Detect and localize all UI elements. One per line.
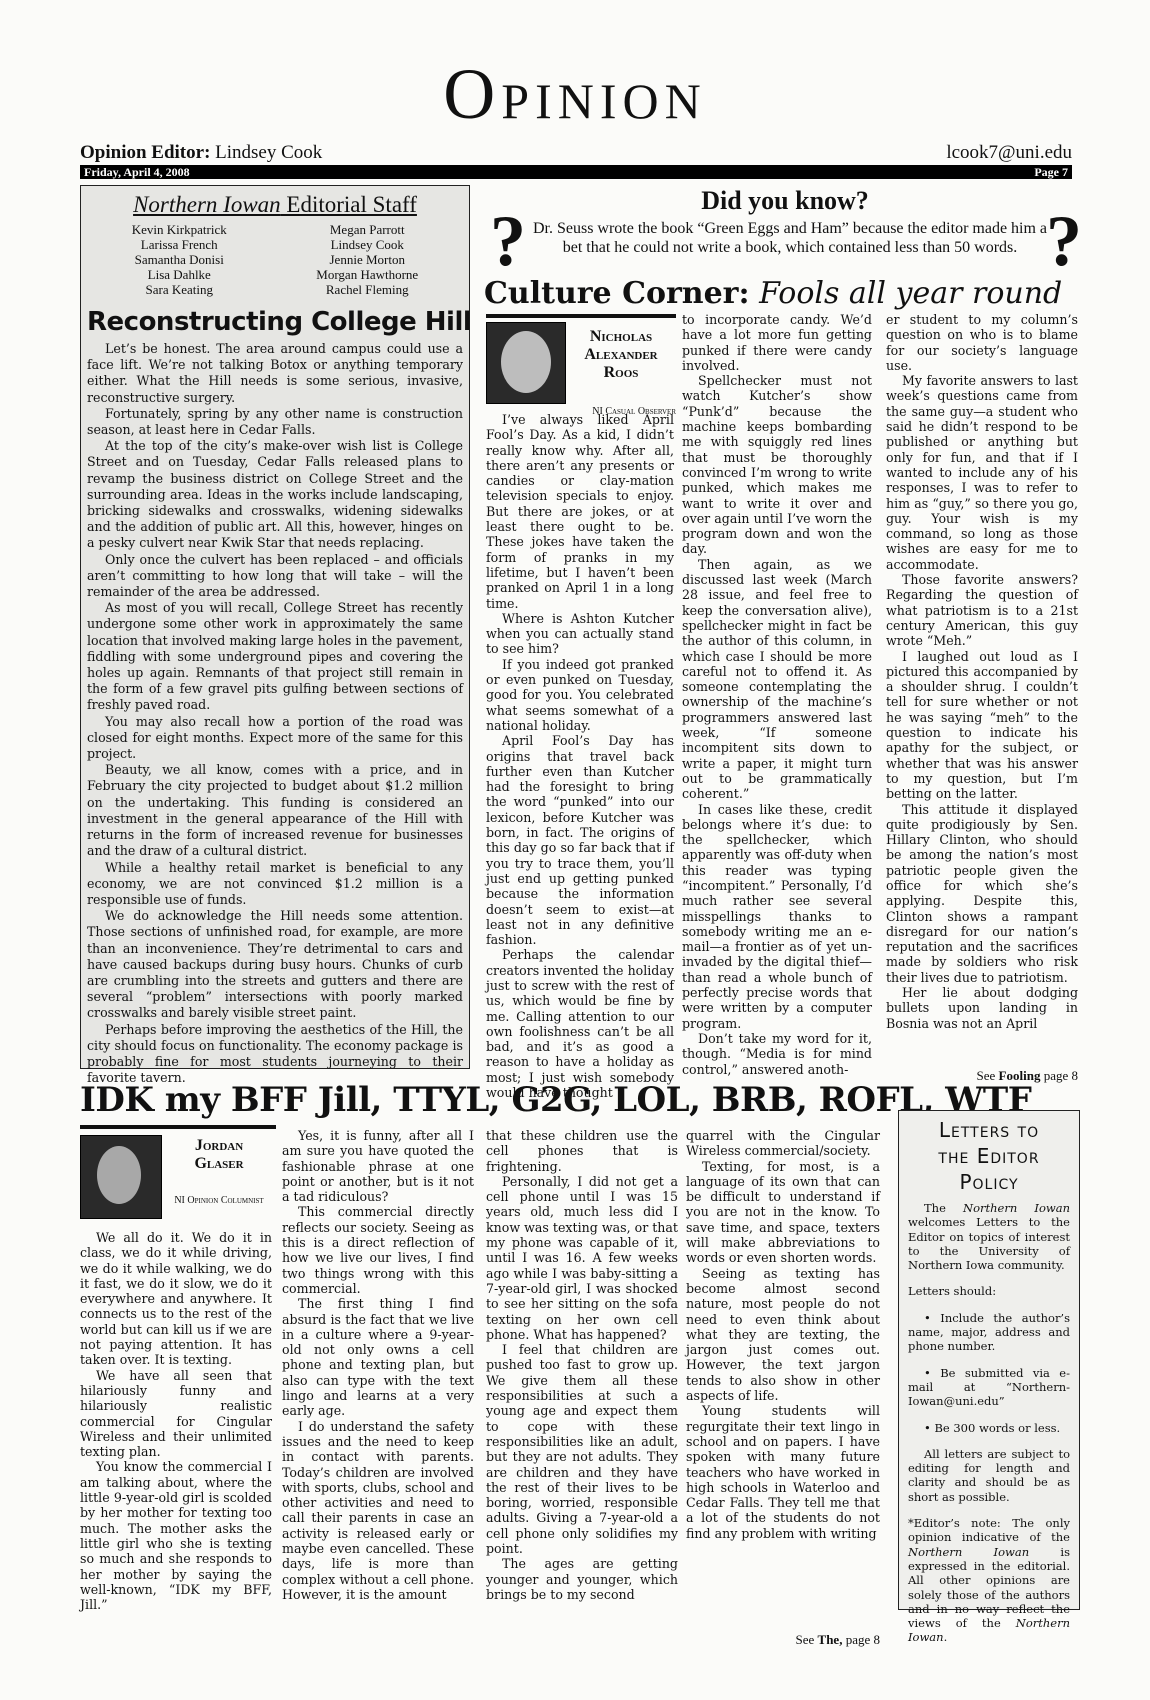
title-line: Letters to xyxy=(908,1117,1070,1143)
staff-title-rest: Editorial Staff xyxy=(281,192,417,217)
staff-member: Kevin Kirkpatrick xyxy=(132,222,227,237)
paragraph: Then again, as we discussed last week (M… xyxy=(682,557,872,802)
editorial-body: Let’s be honest. The area around campus … xyxy=(87,341,463,1086)
paragraph: Texting, for most, is a language of its … xyxy=(686,1159,880,1266)
paragraph: At the top of the city’s make-over wish … xyxy=(87,438,463,551)
letters-policy-box: Letters to the Editor Policy The Norther… xyxy=(898,1110,1080,1610)
author-name: Glaser xyxy=(162,1155,276,1173)
paragraph: In cases like these, credit belongs wher… xyxy=(682,802,872,1031)
paragraph: I do understand the safety issues and th… xyxy=(282,1419,474,1603)
culture-corner-headline: Culture Corner: Fools all year round xyxy=(484,276,1062,311)
text: *Editor’s note: The only opinion indicat… xyxy=(908,1516,1070,1544)
paragraph: You know the commercial I am talking abo… xyxy=(80,1459,272,1612)
paragraph: Young students will regurgitate their te… xyxy=(686,1403,880,1541)
text: . xyxy=(944,1630,948,1644)
idk-column-3: that these children use the cell phones … xyxy=(486,1128,678,1602)
staff-title-paper: Northern Iowan xyxy=(133,192,281,217)
editorial-box: Northern Iowan Editorial Staff Kevin Kir… xyxy=(80,185,470,1069)
paragraph: We do acknowledge the Hill needs some at… xyxy=(87,908,463,1021)
staff-column-right: Megan Parrott Lindsey Cook Jennie Morton… xyxy=(316,222,418,297)
paragraph: This attitude it displayed quite prodigi… xyxy=(886,802,1078,986)
paragraph: Spellchecker must not watch Kutcher’s sh… xyxy=(682,373,872,557)
paragraph: You may also recall how a portion of the… xyxy=(87,714,463,763)
bullet-text: Be submitted via e-mail at “Northern-Iow… xyxy=(908,1366,1070,1409)
letters-policy-body: The Northern Iowan welcomes Letters to t… xyxy=(908,1201,1070,1645)
author-photo xyxy=(80,1135,162,1219)
editor-credit: Opinion Editor: Lindsey Cook xyxy=(80,142,322,164)
jump-suffix: page 8 xyxy=(1040,1068,1078,1083)
editors-note: *Editor’s note: The only opinion indicat… xyxy=(908,1516,1070,1645)
staff-member: Megan Parrott xyxy=(316,222,418,237)
should-label: Letters should: xyxy=(908,1284,1070,1298)
paper-name: Northern Iowan xyxy=(963,1201,1070,1215)
paragraph: that these children use the cell phones … xyxy=(486,1128,678,1174)
text: The xyxy=(924,1201,963,1215)
issue-date: Friday, April 4, 2008 xyxy=(84,165,190,179)
jump-prefix: See xyxy=(796,1632,818,1647)
paragraph: Only once the culvert has been replaced … xyxy=(87,552,463,601)
idk-column-4: quarrel with the Cingular Wireless comme… xyxy=(686,1128,880,1541)
editor-name: Lindsey Cook xyxy=(215,142,322,163)
paragraph: I laughed out loud as I pictured this ac… xyxy=(886,649,1078,802)
staff-column-left: Kevin Kirkpatrick Larissa French Samanth… xyxy=(132,222,227,297)
bullet-text: Be 300 words or less. xyxy=(934,1421,1060,1435)
bullet: • Include the author’s name, major, addr… xyxy=(908,1311,1070,1354)
byline-rule xyxy=(80,1125,276,1129)
jump-line-the[interactable]: See The, page 8 xyxy=(686,1632,880,1648)
staff-member: Lisa Dahlke xyxy=(132,267,227,282)
jump-suffix: page 8 xyxy=(842,1632,880,1647)
staff-member: Larissa French xyxy=(132,237,227,252)
section-title: Opinion xyxy=(0,58,1150,130)
bullet: • Be submitted via e-mail at “Northern-I… xyxy=(908,1366,1070,1409)
paragraph: er student to my column’s question on wh… xyxy=(886,312,1078,373)
author-name: Jordan xyxy=(162,1137,276,1155)
headline-kicker: Culture Corner: xyxy=(484,276,750,311)
paragraph: Perhaps before improving the aesthetics … xyxy=(87,1022,463,1087)
paragraph: Seeing as texting has become almost seco… xyxy=(686,1266,880,1404)
paper-name: Northern Iowan xyxy=(908,1545,1029,1559)
author-role: NI Opinion Columnist xyxy=(162,1195,276,1206)
culture-column-2: to incorporate candy. We’d have a lot mo… xyxy=(682,312,872,1077)
paragraph: Those favorite answers? Regarding the qu… xyxy=(886,572,1078,648)
staff-member: Sara Keating xyxy=(132,282,227,297)
byline-roos: Nicholas Alexander Roos NI Casual Observ… xyxy=(486,314,676,417)
question-mark-icon: ? xyxy=(1046,205,1082,277)
paragraph: Perhaps the calendar creators invented t… xyxy=(486,947,674,1100)
idk-headline: IDK my BFF Jill, TTYL, G2G, LOL, BRB, RO… xyxy=(80,1080,1031,1120)
paragraph: As most of you will recall, College Stre… xyxy=(87,600,463,713)
date-bar: Friday, April 4, 2008 Page 7 xyxy=(80,165,1072,179)
author-name: Roos xyxy=(566,364,676,382)
paragraph: Don’t take my word for it, though. “Medi… xyxy=(682,1031,872,1077)
staff-member: Rachel Fleming xyxy=(316,282,418,297)
paragraph: I feel that children are pushed too fast… xyxy=(486,1342,678,1556)
paragraph: Let’s be honest. The area around campus … xyxy=(87,341,463,406)
intro: The Northern Iowan welcomes Letters to t… xyxy=(908,1201,1070,1272)
text: welcomes Letters to the Editor on topics… xyxy=(908,1215,1070,1272)
did-you-know-text: Dr. Seuss wrote the book “Green Eggs and… xyxy=(530,219,1050,257)
paragraph: Personally, I did not get a cell phone u… xyxy=(486,1174,678,1342)
letters-policy-title: Letters to the Editor Policy xyxy=(908,1117,1070,1195)
staff-member: Samantha Donisi xyxy=(132,252,227,267)
paragraph: quarrel with the Cingular Wireless comme… xyxy=(686,1128,880,1159)
author-name: Nicholas xyxy=(566,328,676,346)
paragraph: If you indeed got pranked or even punked… xyxy=(486,657,674,733)
author-photo xyxy=(486,322,566,404)
bullet: • Be 300 words or less. xyxy=(908,1421,1070,1435)
staff-member: Morgan Hawthorne xyxy=(316,267,418,282)
culture-column-1: I’ve always liked April Fool’s Day. As a… xyxy=(486,412,674,1100)
idk-column-2: Yes, it is funny, after all I am sure yo… xyxy=(282,1128,474,1602)
paragraph: We all do it. We do it in class, we do i… xyxy=(80,1230,272,1368)
paragraph: While a healthy retail market is benefic… xyxy=(87,860,463,909)
title-line: the Editor xyxy=(908,1143,1070,1169)
culture-column-3: er student to my column’s question on wh… xyxy=(886,312,1078,1031)
paragraph: I’ve always liked April Fool’s Day. As a… xyxy=(486,412,674,611)
editing-note: All letters are subject to editing for l… xyxy=(908,1447,1070,1504)
paragraph: We have all seen that hilariously funny … xyxy=(80,1368,272,1460)
did-you-know-title: Did you know? xyxy=(480,186,1090,216)
paragraph: My favorite answers to last week’s quest… xyxy=(886,373,1078,572)
staff-title: Northern Iowan Editorial Staff xyxy=(87,192,463,218)
byline-glaser: Jordan Glaser NI Opinion Columnist xyxy=(80,1125,276,1219)
staff-list: Kevin Kirkpatrick Larissa French Samanth… xyxy=(87,222,463,297)
paragraph: Her lie about dodging bullets upon landi… xyxy=(886,985,1078,1031)
paragraph: to incorporate candy. We’d have a lot mo… xyxy=(682,312,872,373)
paragraph: Fortunately, spring by any other name is… xyxy=(87,406,463,438)
title-line: Policy xyxy=(908,1169,1070,1195)
jump-word: The, xyxy=(818,1632,843,1647)
paragraph: This commercial directly reflects our so… xyxy=(282,1204,474,1296)
question-mark-icon: ? xyxy=(490,205,526,277)
paragraph: Where is Ashton Kutcher when you can act… xyxy=(486,611,674,657)
page-number: Page 7 xyxy=(1034,165,1068,179)
author-name: Alexander xyxy=(566,346,676,364)
staff-member: Jennie Morton xyxy=(316,252,418,267)
paragraph: The first thing I find absurd is the fac… xyxy=(282,1296,474,1418)
paragraph: Yes, it is funny, after all I am sure yo… xyxy=(282,1128,474,1204)
idk-column-1: We all do it. We do it in class, we do i… xyxy=(80,1230,272,1612)
byline-rule xyxy=(486,314,676,318)
editor-label: Opinion Editor: xyxy=(80,142,210,163)
bullet-text: Include the author’s name, major, addres… xyxy=(908,1311,1070,1354)
paragraph: April Fool’s Day has origins that travel… xyxy=(486,733,674,947)
paragraph: The ages are getting younger and younger… xyxy=(486,1556,678,1602)
staff-member: Lindsey Cook xyxy=(316,237,418,252)
paragraph: Beauty, we all know, comes with a price,… xyxy=(87,762,463,859)
headline-main: Fools all year round xyxy=(750,276,1063,311)
editor-email: lcook7@uni.edu xyxy=(946,142,1072,164)
editorial-headline: Reconstructing College Hill xyxy=(87,307,463,337)
